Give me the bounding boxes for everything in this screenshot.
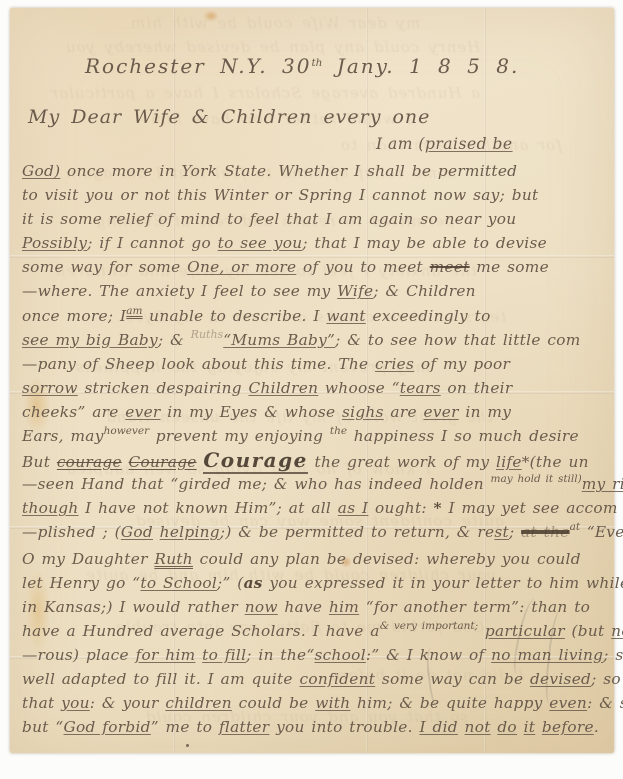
text-segment: [478, 622, 485, 640]
text-segment: [122, 453, 129, 471]
text-segment: helping: [160, 523, 220, 541]
text-segment: [153, 523, 160, 541]
letter-line: —pany of Sheep look about this time. The…: [22, 352, 612, 376]
text-segment: prevent my enjoying: [149, 427, 330, 445]
text-segment: in my Eyes & whose: [161, 403, 342, 421]
text-segment: before: [542, 718, 594, 736]
letter-line: Possibly; if I cannot go to see you; tha…: [22, 231, 612, 255]
letter-line: to visit you or not this Winter or Sprin…: [22, 183, 612, 207]
text-segment: God forbid: [63, 718, 150, 736]
text-segment: ;” (: [217, 574, 244, 592]
letter-line: God) once more in York State. Whether I …: [22, 159, 612, 183]
bleedthrough-line: a Hundred average Scholars I have a part…: [50, 84, 480, 102]
text-segment: —where. The anxiety I feel to see my: [22, 282, 337, 300]
letter-sheet: my dear Wife could be with himHenry coul…: [10, 8, 614, 753]
text-segment: ” me to: [151, 718, 219, 736]
text-segment: [458, 718, 465, 736]
text-segment: Courage: [129, 453, 197, 471]
text-segment: —plished ; (: [22, 523, 121, 541]
text-segment: cheeks” are: [22, 403, 125, 421]
text-segment: happiness I so much desire: [347, 427, 579, 445]
text-segment: of you to meet: [296, 258, 429, 276]
text-segment: [517, 718, 524, 736]
letter-line: though I have not known Him”; at all as …: [22, 496, 612, 520]
text-segment: Wife: [337, 282, 373, 300]
letter-line: see my big Baby; & Ruths“Mums Baby”; & t…: [22, 328, 612, 352]
text-segment: flatter: [219, 718, 269, 736]
text-segment: you expressed it in your letter to him w…: [263, 574, 623, 592]
text-segment: to fill: [202, 646, 246, 664]
text-segment: but “: [22, 718, 63, 736]
text-segment: ought:: [368, 499, 433, 517]
letter-line: in Kansas;) I would rather now have him …: [22, 595, 612, 619]
text-segment: .: [594, 718, 599, 736]
text-segment: the: [330, 426, 347, 436]
text-segment: may hold it still): [491, 474, 582, 484]
text-segment: Ruth: [154, 550, 193, 568]
letter-line: well adapted to fill it. I am quite conf…: [22, 667, 612, 691]
text-segment: are: [384, 403, 424, 421]
text-segment: tears: [400, 379, 441, 397]
letter-line: O my Daughter Ruth could any plan be dev…: [22, 547, 612, 571]
text-segment: no man living: [491, 646, 603, 664]
text-segment: for him: [136, 646, 196, 664]
text-segment: I am (: [376, 135, 425, 153]
letter-line: —where. The anxiety I feel to see my Wif…: [22, 279, 612, 303]
text-segment: to see you: [218, 234, 303, 252]
text-segment: not: [611, 622, 623, 640]
letter-line: —rous) place for him to fill; in the“sch…: [22, 643, 612, 667]
text-segment: praised be: [425, 135, 513, 153]
text-segment: though: [22, 499, 79, 517]
text-segment: want: [326, 307, 365, 325]
text-segment: courage: [57, 453, 122, 471]
date-line: Rochester N.Y. 30th Jany. 1 8 5 8.: [85, 54, 519, 78]
text-segment: I have not known Him”; at all: [79, 499, 338, 517]
text-segment: ; if I cannot go: [87, 234, 217, 252]
text-segment: sighs: [342, 403, 384, 421]
text-segment: with: [315, 694, 350, 712]
text-segment: th: [311, 58, 322, 68]
text-segment: ; so: [591, 670, 621, 688]
text-segment: O my Daughter: [22, 550, 154, 568]
text-segment: school: [315, 646, 366, 664]
text-segment: whoose “: [318, 379, 400, 397]
text-segment: some way can be: [375, 670, 530, 688]
text-segment: “Mums Baby”: [223, 331, 335, 349]
letter-line: once more; Iam unable to describe. I wan…: [22, 304, 612, 328]
text-segment: Children: [248, 379, 318, 397]
scanned-letter-background: my dear Wife could be with himHenry coul…: [0, 0, 623, 779]
letter-line: some way for some One, or more of you to…: [22, 255, 612, 279]
text-segment: ; & Children: [373, 282, 475, 300]
salutation: My Dear Wife & Children every one: [28, 106, 430, 128]
text-segment: at the: [521, 523, 569, 541]
text-segment: you: [61, 694, 90, 712]
inserted-opening-phrase: I am (praised be: [376, 135, 513, 153]
text-segment: in my: [459, 403, 511, 421]
text-segment: of my poor: [414, 355, 510, 373]
text-segment: now: [245, 598, 278, 616]
text-segment: once more; I: [22, 307, 126, 325]
text-segment: my right hand;: [582, 475, 623, 493]
text-segment: it: [524, 718, 536, 736]
text-segment: Rochester N.Y. 30: [85, 54, 311, 78]
letter-line: cheeks” are ever in my Eyes & whose sigh…: [22, 400, 612, 424]
text-segment: that: [22, 694, 61, 712]
text-segment: the great work of my: [308, 453, 496, 471]
text-segment: : & your: [90, 694, 166, 712]
text-segment: him: [329, 598, 359, 616]
text-segment: “Evening.”: [580, 523, 623, 541]
text-segment: have: [278, 598, 329, 616]
letter-line: it is some relief of mind to feel that I…: [22, 207, 612, 231]
text-segment: could be: [232, 694, 315, 712]
text-segment: ; & to see how that little com: [335, 331, 580, 349]
text-segment: him; & be quite happy: [350, 694, 549, 712]
text-segment: unable to describe. I: [143, 307, 327, 325]
text-segment: cries: [375, 355, 414, 373]
text-segment: But: [22, 453, 57, 471]
text-segment: :” & I know of: [366, 646, 491, 664]
letter-line: sorrow stricken despairing Children whoo…: [22, 376, 612, 400]
text-segment: ever: [423, 403, 458, 421]
text-segment: meet: [430, 258, 470, 276]
letter-line: Ears, mayhowever prevent my enjoying the…: [22, 424, 612, 448]
letter-line: —plished ; (God helping;) & be permitted…: [22, 520, 612, 544]
letter-line: But courage Courage Courage the great wo…: [22, 448, 612, 472]
text-segment: well adapted to fill it. I am quite: [22, 670, 299, 688]
text-segment: to School: [140, 574, 217, 592]
text-segment: you into trouble.: [269, 718, 419, 736]
text-segment: *: [434, 499, 442, 517]
text-segment: *(the un: [522, 453, 589, 471]
letter-line: that you: & your children could be with …: [22, 691, 612, 715]
text-segment: I may yet see accom: [442, 499, 618, 517]
text-segment: Possibly: [22, 234, 87, 252]
text-segment: children: [165, 694, 232, 712]
letter-body: God) once more in York State. Whether I …: [22, 159, 612, 739]
text-segment: stricken despairing: [78, 379, 249, 397]
text-segment: even: [549, 694, 587, 712]
text-segment: ; so: [603, 646, 623, 664]
letter-line: let Henry go “to School;” (as you expres…: [22, 571, 612, 595]
text-segment: devised: [530, 670, 591, 688]
text-segment: as: [244, 574, 263, 592]
text-segment: at: [570, 522, 580, 532]
text-segment: & very important;: [380, 621, 479, 631]
text-segment: “for another term”: than to: [359, 598, 590, 616]
text-segment: ;) & be permitted to return, & re: [220, 523, 494, 541]
text-segment: as I: [338, 499, 369, 517]
text-segment: it is some relief of mind to feel that I…: [22, 210, 516, 228]
text-segment: One, or more: [187, 258, 296, 276]
text-segment: once more in York State. Whether I shall…: [60, 162, 517, 180]
text-segment: Ears, may: [22, 427, 104, 445]
text-segment: —rous) place: [22, 646, 136, 664]
text-segment: —pany of Sheep look about this time. The: [22, 355, 375, 373]
text-segment: in Kansas;) I would rather: [22, 598, 245, 616]
text-segment: to visit you or not this Winter or Sprin…: [22, 186, 538, 204]
text-segment: see my big Baby: [22, 331, 158, 349]
text-segment: (but: [565, 622, 611, 640]
text-segment: life: [496, 453, 522, 471]
text-segment: some way for some: [22, 258, 187, 276]
text-segment: however: [104, 426, 149, 436]
ink-dot: [186, 744, 189, 747]
text-segment: me some: [470, 258, 549, 276]
text-segment: am: [126, 306, 142, 316]
text-segment: I did: [419, 718, 457, 736]
text-segment: st: [494, 523, 509, 541]
text-segment: ever: [125, 403, 160, 421]
text-segment: ; &: [158, 331, 191, 349]
letter-line: —seen Hand that “girded me; & who has in…: [22, 472, 612, 496]
text-segment: exceedingly to: [366, 307, 491, 325]
letter-line: have a Hundred average Scholars. I have …: [22, 619, 612, 643]
text-segment: confident: [299, 670, 375, 688]
text-segment: sorrow: [22, 379, 78, 397]
text-segment: [535, 718, 542, 736]
text-segment: ; that I may be able to devise: [302, 234, 547, 252]
text-segment: particular: [485, 622, 565, 640]
pencil-annotation: Ruths: [191, 330, 224, 340]
stain: [203, 10, 219, 22]
text-segment: God: [121, 523, 153, 541]
text-segment: Courage: [203, 448, 308, 474]
text-segment: on their: [441, 379, 513, 397]
text-segment: Jany. 1 8 5 8.: [322, 54, 519, 78]
text-segment: : & safe: [587, 694, 623, 712]
letter-line: but “God forbid” me to flatter you into …: [22, 715, 612, 739]
text-segment: God): [22, 162, 60, 180]
text-segment: ; in the“: [246, 646, 314, 664]
text-segment: —seen Hand that “girded me; & who has in…: [22, 475, 491, 493]
text-segment: could any plan be devised: whereby you c…: [193, 550, 581, 568]
text-segment: have a Hundred average Scholars. I have …: [22, 622, 380, 640]
text-segment: do: [497, 718, 517, 736]
text-segment: ;: [509, 523, 521, 541]
text-segment: not: [465, 718, 491, 736]
text-segment: let Henry go “: [22, 574, 140, 592]
